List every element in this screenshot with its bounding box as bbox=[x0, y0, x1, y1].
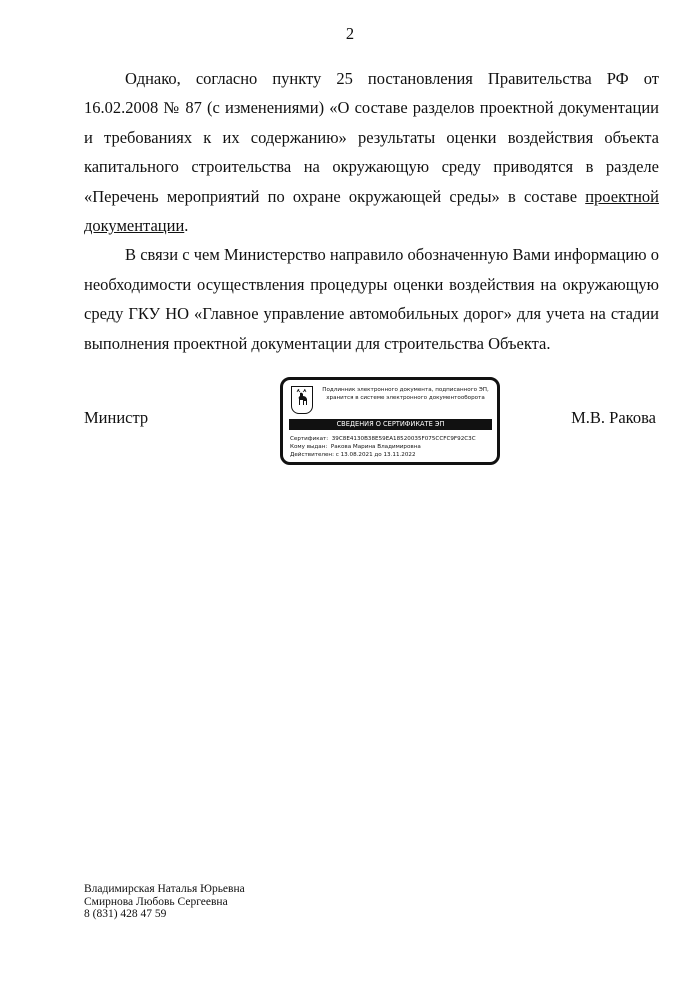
paragraph-1-text: Однако, согласно пункту 25 постановления… bbox=[84, 69, 659, 206]
stamp-header: Подлинник электронного документа, подпис… bbox=[313, 386, 498, 402]
contact-phone: 8 (831) 428 47 59 bbox=[84, 908, 245, 921]
page-number: 2 bbox=[0, 24, 700, 44]
issued-to-line: Кому выдан: Ракова Марина Владимировна bbox=[290, 443, 476, 451]
paragraph-2: В связи с чем Министерство направило обо… bbox=[84, 240, 659, 358]
executor-2: Смирнова Любовь Сергеевна bbox=[84, 896, 245, 909]
executor-info: Владимирская Наталья Юрьевна Смирнова Лю… bbox=[84, 883, 245, 921]
certificate-line: Сертификат: 39C8E4130B38E59EA18520035F07… bbox=[290, 435, 476, 443]
deer-coat-of-arms-icon bbox=[291, 386, 313, 414]
validity-line: Действителен: с 13.08.2021 до 13.11.2022 bbox=[290, 451, 476, 459]
signer-position: Министр bbox=[84, 408, 148, 428]
electronic-signature-stamp: Подлинник электронного документа, подпис… bbox=[280, 377, 500, 465]
paragraph-1: Однако, согласно пункту 25 постановления… bbox=[84, 64, 659, 240]
paragraph-1-end: . bbox=[184, 216, 188, 235]
executor-1: Владимирская Наталья Юрьевна bbox=[84, 883, 245, 896]
letter-body: Однако, согласно пункту 25 постановления… bbox=[84, 64, 659, 358]
signer-name: М.В. Ракова bbox=[571, 408, 656, 428]
stamp-title-bar: СВЕДЕНИЯ О СЕРТИФИКАТЕ ЭП bbox=[289, 419, 492, 430]
certificate-details: Сертификат: 39C8E4130B38E59EA18520035F07… bbox=[290, 435, 476, 460]
